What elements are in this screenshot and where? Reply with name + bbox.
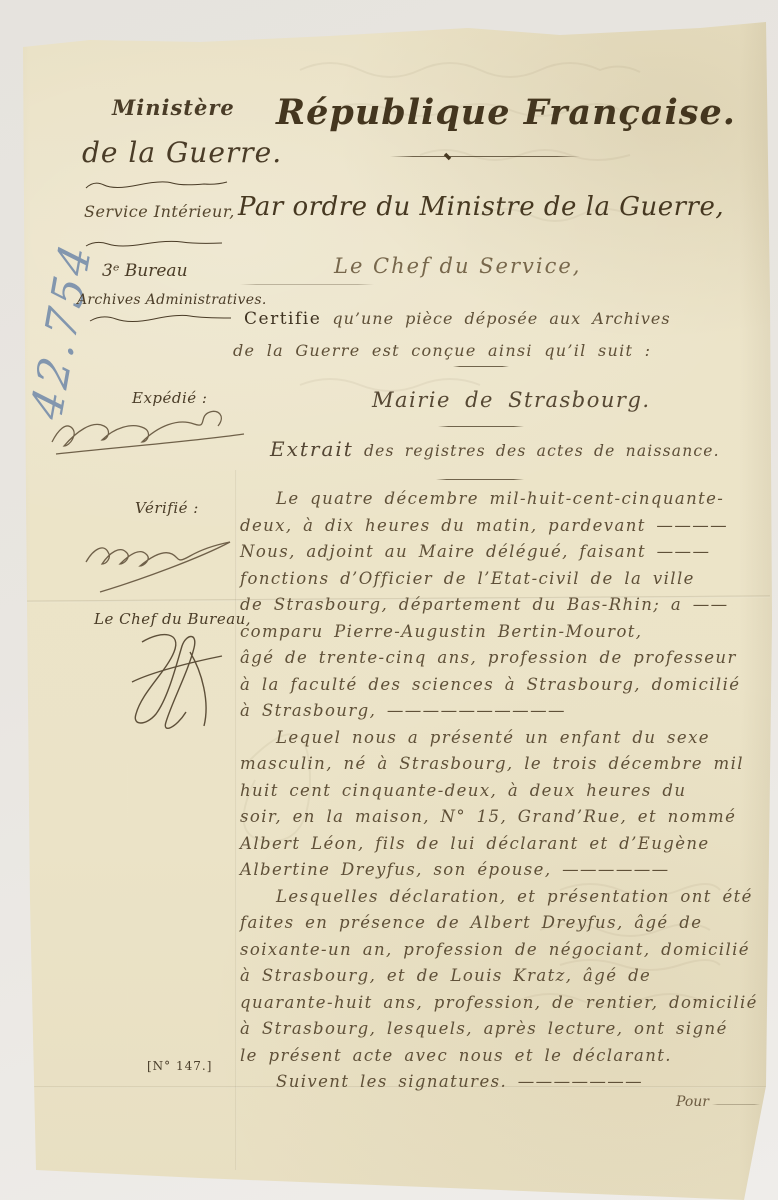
- catchword-flourish: [712, 1104, 760, 1105]
- mairie-title: Mairie de Strasbourg.: [372, 388, 651, 412]
- act-line: Lequel nous a présenté un enfant du sexe: [240, 725, 726, 752]
- extrait-word: Extrait: [270, 437, 354, 461]
- chef-service-line: Le Chef du Service,: [334, 254, 581, 278]
- act-line: comparu Pierre-Augustin Bertin-Mourot,: [240, 619, 726, 646]
- chef-bureau-signature: [112, 622, 242, 730]
- act-line: deux, à dix heures du matin, pardevant —…: [240, 513, 726, 540]
- act-line: Albert Léon, fils de lui déclarant et d’…: [240, 831, 726, 858]
- flourish-underline: [88, 314, 233, 326]
- service-line: Service Intérieur,: [84, 202, 235, 221]
- verifie-signature: [80, 524, 240, 596]
- act-line: à la faculté des sciences à Strasbourg, …: [240, 672, 726, 699]
- catchword: Pour: [676, 1094, 709, 1110]
- act-line: Albertine Dreyfus, son épouse, ——————: [240, 857, 726, 884]
- order-line: Par ordre du Ministre de la Guerre,: [238, 192, 724, 222]
- act-line: âgé de trente-cinq ans, profession de pr…: [240, 645, 726, 672]
- chef-service-underline: [240, 284, 374, 285]
- ministry-title-line2: de la Guerre.: [82, 136, 282, 169]
- section-rule: [436, 479, 524, 480]
- flourish-underline: [84, 180, 229, 192]
- document-paper: 42.754 Ministère de la Guerre. Service I…: [0, 0, 778, 1200]
- act-line: soixante-un an, profession de négociant,…: [240, 937, 726, 964]
- act-line: Suivent les signatures. ———————: [240, 1069, 726, 1096]
- act-line: le présent acte avec nous et le déclaran…: [240, 1043, 726, 1070]
- archives-line: Archives Administratives.: [77, 292, 267, 308]
- act-line: de Strasbourg, département du Bas-Rhin; …: [240, 592, 726, 619]
- act-line: soir, en la maison, N° 15, Grand’Rue, et…: [240, 804, 726, 831]
- bureau-line: 3ᵉ Bureau: [102, 261, 188, 281]
- ministry-title-line1: Ministère: [112, 95, 235, 120]
- act-body-text: Le quatre décembre mil-huit-cent-cinquan…: [240, 486, 726, 1096]
- act-line: à Strasbourg, lesquels, après lecture, o…: [240, 1016, 726, 1043]
- act-line: fonctions d’Officier de l’Etat-civil de …: [240, 566, 726, 593]
- certify-word: Certifie: [244, 309, 321, 329]
- act-line: Lesquelles déclaration, et présentation …: [240, 884, 726, 911]
- extrait-line: Extrait des registres des actes de naiss…: [270, 437, 720, 461]
- verifie-label: Vérifié :: [135, 499, 199, 517]
- extrait-rest: des registres des actes de naissance.: [364, 442, 720, 460]
- section-rule: [438, 426, 524, 427]
- form-number: [N° 147.]: [147, 1059, 212, 1073]
- act-line: quarante-huit ans, profession, de rentie…: [240, 990, 726, 1017]
- certify-line1: Certifie qu’une pièce déposée aux Archiv…: [244, 309, 671, 329]
- certify-rest: qu’une pièce déposée aux Archives: [332, 309, 670, 328]
- act-line: faites en présence de Albert Dreyfus, âg…: [240, 910, 726, 937]
- act-line: masculin, né à Strasbourg, le trois déce…: [240, 751, 726, 778]
- title-rule: [390, 156, 580, 157]
- act-line: Le quatre décembre mil-huit-cent-cinquan…: [240, 486, 726, 513]
- expedie-signature: [48, 402, 248, 458]
- act-line: à Strasbourg, ——————————: [240, 698, 726, 725]
- scan-background: { "colors": { "paper": "#ece4c9", "ink_d…: [0, 0, 778, 1200]
- flourish-underline: [84, 240, 224, 250]
- act-line: huit cent cinquante-deux, à deux heures …: [240, 778, 726, 805]
- act-line: Nous, adjoint au Maire délégué, faisant …: [240, 539, 726, 566]
- section-rule: [453, 366, 509, 367]
- republic-title: République Française.: [276, 92, 736, 133]
- certify-line2: de la Guerre est conçue ainsi qu’il suit…: [233, 341, 651, 360]
- act-line: à Strasbourg, et de Louis Kratz, âgé de: [240, 963, 726, 990]
